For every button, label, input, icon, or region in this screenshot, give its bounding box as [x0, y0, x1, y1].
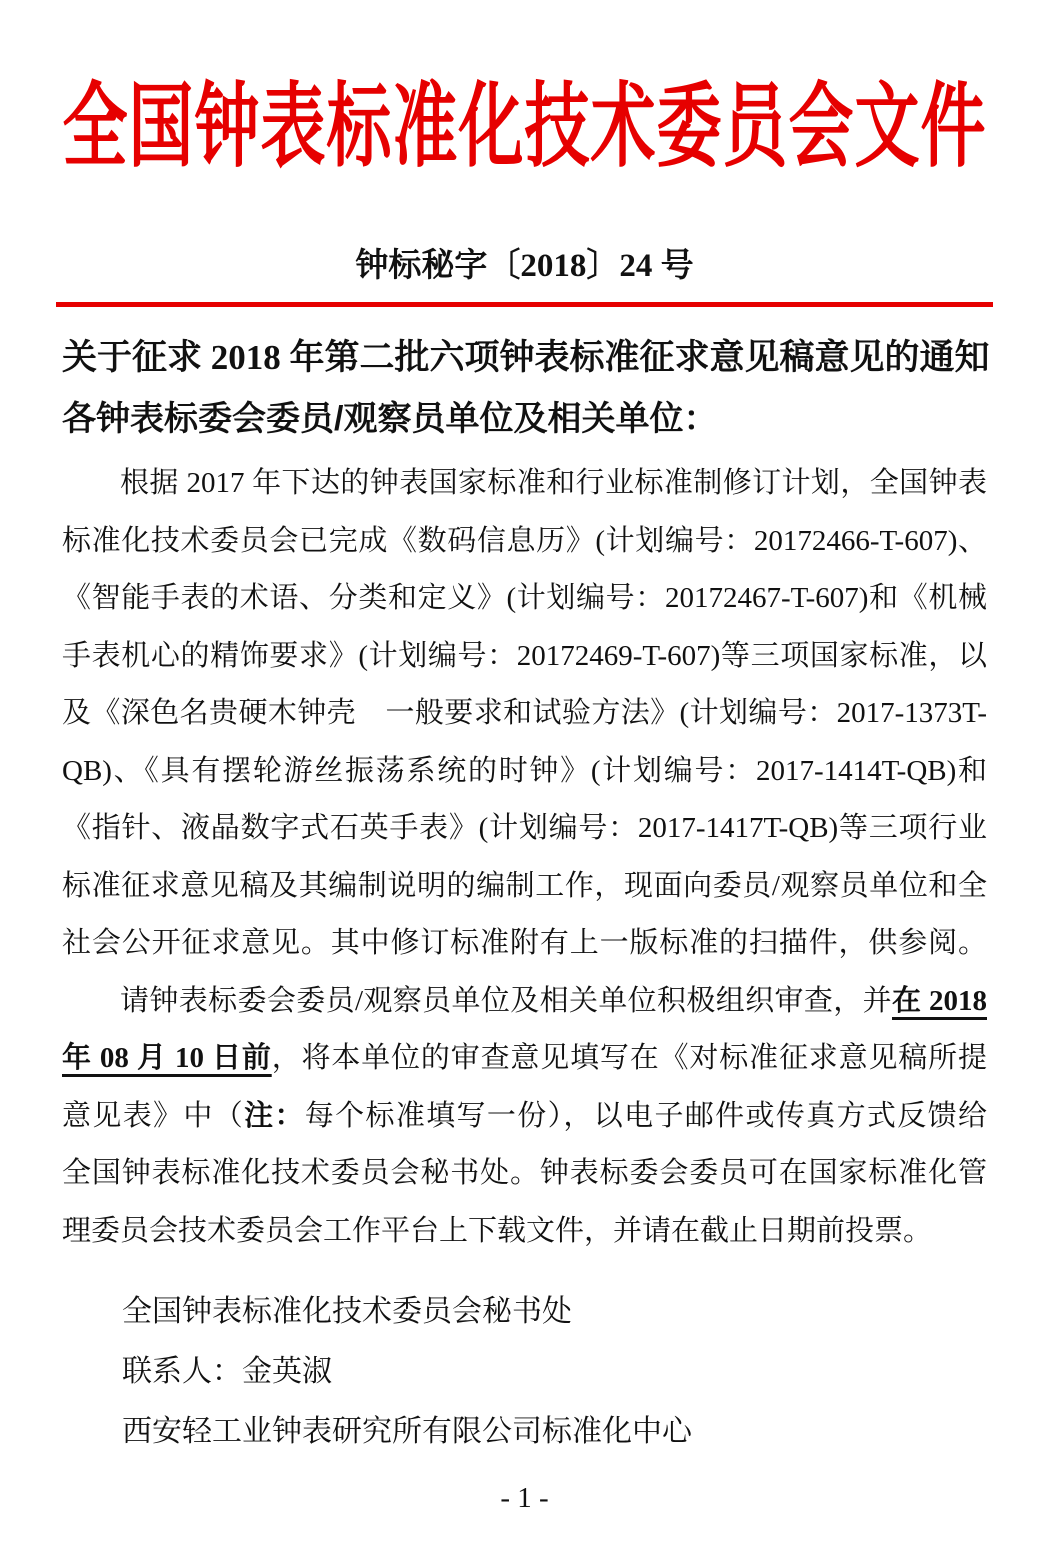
- text-run: QB)、《具有摆轮游丝振荡系统的时钟》(计划编号：2017-1414T-QB)和: [62, 755, 987, 787]
- signature-line: 全国钟表标准化技术委员会秘书处: [62, 1282, 987, 1342]
- body-line: 《智能手表的术语、分类和定义》(计划编号：20172467-T-607)和《机械: [62, 570, 987, 628]
- body-line: 全国钟表标准化技术委员会秘书处。钟表标委会委员可在国家标准化管: [62, 1145, 987, 1203]
- red-divider: [56, 302, 993, 307]
- note-marker: 注：: [244, 1100, 305, 1132]
- body-line: 手表机心的精饰要求》(计划编号：20172469-T-607)等三项国家标准，以: [62, 628, 987, 686]
- text-run: 全国钟表标准化技术委员会秘书处。钟表标委会委员可在国家标准化管: [62, 1157, 987, 1189]
- body-line: 年 08 月 10 日前，将本单位的审查意见填写在《对标准征求意见稿所提: [62, 1030, 987, 1088]
- page-number: - 1 -: [0, 1482, 1049, 1515]
- text-run: 意见表》中（: [62, 1100, 244, 1132]
- body-line: 社会公开征求意见。其中修订标准附有上一版标准的扫描件，供参阅。: [62, 915, 987, 973]
- paragraph: 请钟表标委会委员/观察员单位及相关单位积极组织审查，并在 2018年 08 月 …: [62, 973, 987, 1261]
- letterhead: 全国钟表标准化技术委员会文件: [62, 60, 987, 176]
- body-line: 标准化技术委员会已完成《数码信息历》(计划编号：20172466-T-607)、: [62, 513, 987, 571]
- document-page: 全国钟表标准化技术委员会文件 钟标秘字〔2018〕24 号 关于征求 2018 …: [0, 0, 1049, 1553]
- body-line: 理委员会技术委员会工作平台上下载文件，并请在截止日期前投票。: [62, 1203, 987, 1261]
- text-run: 理委员会技术委员会工作平台上下载文件，并请在截止日期前投票。: [62, 1215, 932, 1247]
- letterhead-title: 全国钟表标准化技术委员会文件: [62, 51, 986, 184]
- body-line: QB)、《具有摆轮游丝振荡系统的时钟》(计划编号：2017-1414T-QB)和: [62, 743, 987, 801]
- deadline-emphasis: 在 2018: [892, 985, 987, 1017]
- body-line: 请钟表标委会委员/观察员单位及相关单位积极组织审查，并在 2018: [62, 973, 987, 1031]
- body-line: 根据 2017 年下达的钟表国家标准和行业标准制修订计划，全国钟表: [62, 455, 987, 513]
- salutation: 各钟表标委会委员/观察员单位及相关单位：: [62, 395, 987, 443]
- text-run: 标准化技术委员会已完成《数码信息历》(计划编号：20172466-T-607)、: [62, 525, 987, 557]
- text-run: 及《深色名贵硬木钟壳 一般要求和试验方法》(计划编号：2017-1373T-: [62, 697, 987, 729]
- body-line: 《指针、液晶数字式石英手表》(计划编号：2017-1417T-QB)等三项行业: [62, 800, 987, 858]
- deadline-emphasis: 年 08 月 10 日前: [62, 1042, 272, 1074]
- text-run: ，将本单位的审查意见填写在《对标准征求意见稿所提: [272, 1042, 987, 1074]
- document-number: 钟标秘字〔2018〕24 号: [62, 246, 987, 286]
- text-run: 《智能手表的术语、分类和定义》(计划编号：20172467-T-607)和《机械: [62, 582, 987, 614]
- body-line: 意见表》中（注：每个标准填写一份），以电子邮件或传真方式反馈给: [62, 1088, 987, 1146]
- signature-line: 西安轻工业钟表研究所有限公司标准化中心: [62, 1402, 987, 1462]
- text-run: 手表机心的精饰要求》(计划编号：20172469-T-607)等三项国家标准，以: [62, 640, 987, 672]
- text-run: 社会公开征求意见。其中修订标准附有上一版标准的扫描件，供参阅。: [62, 927, 987, 959]
- body-paragraphs: 根据 2017 年下达的钟表国家标准和行业标准制修订计划，全国钟表标准化技术委员…: [62, 455, 987, 1260]
- signature-block: 全国钟表标准化技术委员会秘书处联系人：金英淑西安轻工业钟表研究所有限公司标准化中…: [62, 1282, 987, 1462]
- body-line: 标准征求意见稿及其编制说明的编制工作，现面向委员/观察员单位和全: [62, 858, 987, 916]
- text-run: 请钟表标委会委员/观察员单位及相关单位积极组织审查，并: [120, 985, 892, 1017]
- text-run: 根据 2017 年下达的钟表国家标准和行业标准制修订计划，全国钟表: [120, 467, 987, 499]
- body-line: 及《深色名贵硬木钟壳 一般要求和试验方法》(计划编号：2017-1373T-: [62, 685, 987, 743]
- signature-line: 联系人：金英淑: [62, 1342, 987, 1402]
- paragraph: 根据 2017 年下达的钟表国家标准和行业标准制修订计划，全国钟表标准化技术委员…: [62, 455, 987, 973]
- text-run: 每个标准填写一份），以电子邮件或传真方式反馈给: [305, 1100, 987, 1132]
- text-run: 《指针、液晶数字式石英手表》(计划编号：2017-1417T-QB)等三项行业: [62, 812, 987, 844]
- text-run: 标准征求意见稿及其编制说明的编制工作，现面向委员/观察员单位和全: [62, 870, 987, 902]
- document-title: 关于征求 2018 年第二批六项钟表标准征求意见稿意见的通知: [62, 333, 987, 383]
